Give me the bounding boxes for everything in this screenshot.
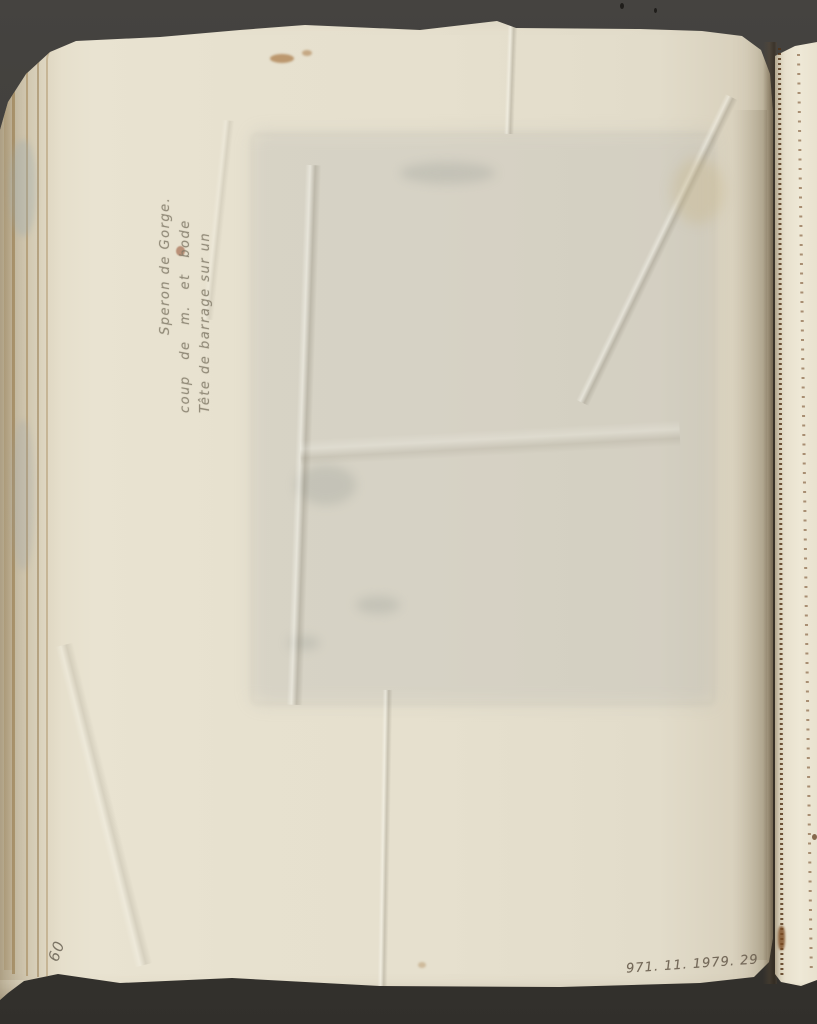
blue-tint-patch — [10, 140, 36, 236]
paper-crease — [377, 690, 392, 990]
backdrop-speck — [620, 3, 624, 9]
ghost-smudge — [400, 162, 495, 184]
backdrop-speck — [654, 8, 657, 13]
inscription-line-2: coup de m. et bode — [176, 123, 196, 413]
show-through-edge — [252, 134, 714, 704]
rust-stain — [270, 54, 294, 63]
gutter-shadow — [763, 42, 777, 984]
page-verso: Speron de Gorge. coup de m. et bode Tête… — [0, 0, 773, 1002]
yellow-stain — [672, 158, 724, 224]
ghost-smudge — [288, 636, 320, 650]
stub-stain-dot — [812, 834, 817, 840]
paper-crease — [504, 12, 518, 134]
small-stain — [418, 962, 426, 968]
paper-crease — [55, 643, 152, 968]
inscription-line-3: Speron de Gorge. — [156, 123, 176, 413]
accession-number: 971. 11. 1979. 29 — [626, 952, 760, 976]
rust-stain — [302, 50, 312, 56]
scanned-sketchbook-spread: Speron de Gorge. coup de m. et bode Tête… — [0, 0, 817, 1024]
ghost-smudge — [296, 465, 356, 505]
ghost-smudge — [356, 596, 400, 614]
inscription-line-1: Tête de barrage sur un — [196, 123, 216, 413]
blue-tint-patch — [12, 420, 34, 570]
pencil-inscription: Speron de Gorge. coup de m. et bode Tête… — [156, 123, 218, 413]
gutter-stain — [778, 926, 785, 950]
page-curl-shadow — [733, 110, 767, 960]
